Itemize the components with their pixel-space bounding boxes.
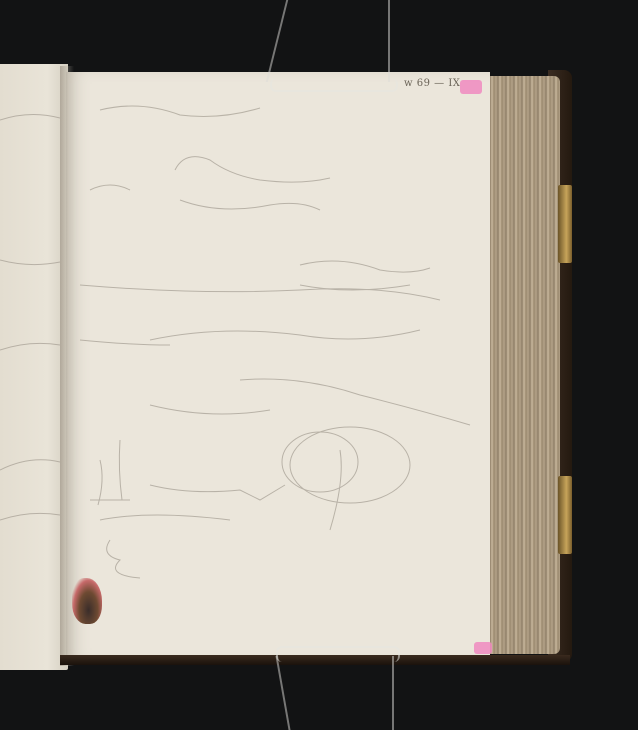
pink-marker-top [460,80,482,94]
catalogue-number: w 69 — IX [404,78,460,89]
clip-leg [388,0,390,82]
ink-stain [72,578,102,624]
pink-marker-bottom [474,642,492,654]
sketchbook-photo: w 69 — IX [0,0,638,730]
clip-leg [392,656,394,730]
plastic-clip-bottom [276,646,400,662]
plastic-clip-top [270,78,398,92]
